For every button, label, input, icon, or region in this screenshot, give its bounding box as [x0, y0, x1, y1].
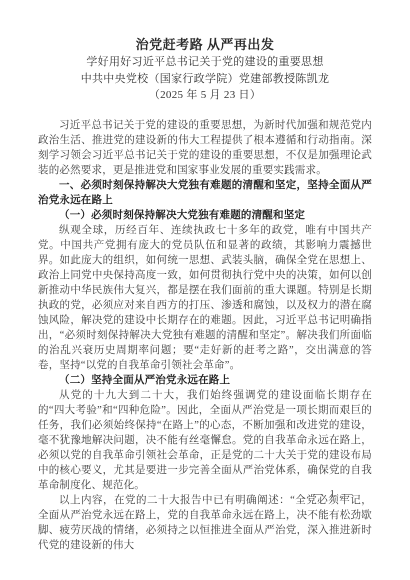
document-title: 治党赶考路 从严再出发 — [38, 36, 372, 53]
document-header: 治党赶考路 从严再出发 学好用好习近平总书记关于党的建设的重要思想 中共中央党校… — [38, 36, 372, 104]
document-page: 治党赶考路 从严再出发 学好用好习近平总书记关于党的建设的重要思想 中共中央党校… — [0, 0, 410, 580]
document-content: 治党赶考路 从严再出发 学好用好习近平总书记关于党的建设的重要思想 中共中央党校… — [38, 36, 372, 553]
page-number: — 1 — — [313, 489, 355, 500]
section1-heading: 一、必须时刻保持解决大党独有难题的清醒和坚定，坚持全面从严治党永远在路上 — [38, 178, 372, 208]
section1-sub2-paragraph-2: 以上内容，在党的二十大报告中已有明确阐述：“全党必须牢记，全面从严治党永远在路上… — [38, 493, 372, 553]
document-subtitle: 学好用好习近平总书记关于党的建设的重要思想 — [38, 54, 372, 71]
intro-paragraph: 习近平总书记关于党的建设的重要思想，为新时代加强和规范党内政治生活、推进党的建设… — [38, 118, 372, 178]
section1-sub2-heading: （二）坚持全面从严治党永远在路上 — [38, 373, 372, 388]
section1-sub1-heading: （一）必须时刻保持解决大党独有难题的清醒和坚定 — [38, 208, 372, 223]
document-author-line: 中共中央党校（国家行政学院）党建部教授陈凯龙 — [38, 71, 372, 88]
document-date-line: （2025 年 5 月 23 日） — [38, 87, 372, 104]
section1-sub2-paragraph-1: 从党的十九大到二十大，我们始终强调党的建设面临长期存在的“四大考验”和“四种危险… — [38, 388, 372, 493]
document-body: 习近平总书记关于党的建设的重要思想，为新时代加强和规范党内政治生活、推进党的建设… — [38, 118, 372, 553]
section1-sub1-paragraph: 纵观全球，历经百年、连续执政七十多年的政党，唯有中国共产党。中国共产党拥有庞大的… — [38, 223, 372, 373]
